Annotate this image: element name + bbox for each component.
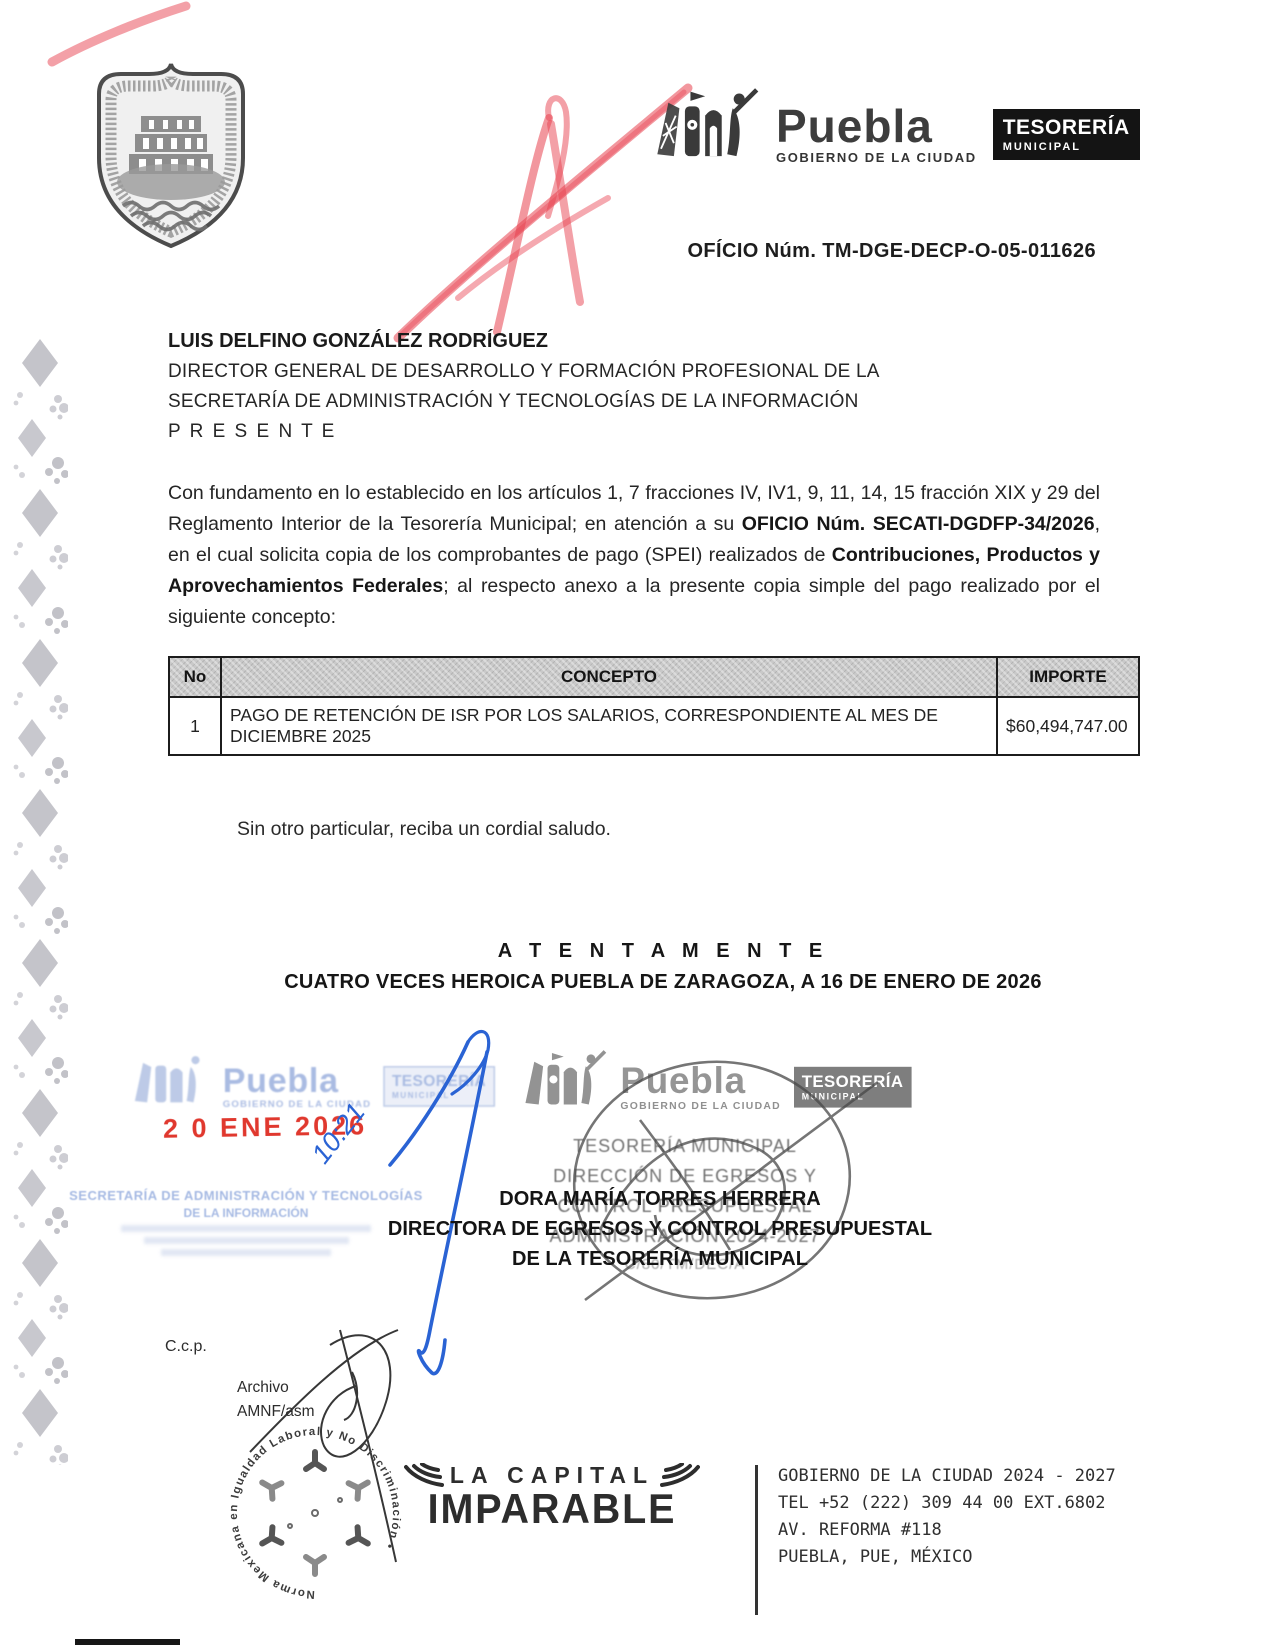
table-cell-importe: $60,494,747.00 [997, 697, 1139, 755]
brand-wordmark: Puebla [776, 104, 977, 148]
table-header-importe: IMPORTE [997, 657, 1139, 697]
signer-title-1: DIRECTORA DE EGRESOS Y CONTROL PRESUPUES… [380, 1218, 940, 1241]
la-capital-imparable-logo: LA CAPITAL IMPARABLE [392, 1462, 712, 1533]
recipient-title-1: DIRECTOR GENERAL DE DESARROLLO Y FORMACI… [168, 361, 968, 383]
atentamente-line: A T E N T A M E N T E [168, 940, 1158, 963]
recipient-title-2: SECRETARÍA DE ADMINISTRACIÓN Y TECNOLOGÍ… [168, 391, 968, 413]
tesoreria-badge: TESORERÍA MUNICIPAL [993, 109, 1140, 160]
capital-line2: IMPARABLE [402, 1485, 703, 1533]
norma-mexicana-seal: Norma Mexicana en Igualdad Laboral y No … [222, 1420, 408, 1606]
recipient-salutation: P R E S E N T E [168, 421, 968, 443]
signer-name: DORA MARÍA TORRES HERRERA [380, 1188, 940, 1211]
puebla-logo: Puebla GOBIERNO DE LA CIUDAD TESORERÍA M… [648, 88, 1140, 180]
payments-table: No CONCEPTO IMPORTE 1 PAGO DE RETENCIÓN … [168, 656, 1140, 756]
table-header-concepto: CONCEPTO [221, 657, 997, 697]
address-line-1: GOBIERNO DE LA CIUDAD 2024 - 2027 [778, 1463, 1116, 1490]
table-header-row: No CONCEPTO IMPORTE [169, 657, 1139, 697]
brand-tagline: GOBIERNO DE LA CIUDAD [776, 150, 977, 165]
ccp-lines: Archivo AMNF/asm [237, 1376, 315, 1424]
signer-title-2: DE LA TESORERÍA MUNICIPAL [380, 1248, 940, 1271]
ccp-line-archivo: Archivo [237, 1376, 315, 1400]
signer-block: DORA MARÍA TORRES HERRERA DIRECTORA DE E… [380, 1188, 940, 1278]
closing-sentence: Sin otro particular, reciba un cordial s… [237, 818, 611, 841]
badge-line2: MUNICIPAL [1003, 141, 1130, 153]
oficio-number: OFÍCIO Núm. TM-DGE-DECP-O-05-011626 [687, 240, 1096, 263]
scanned-oficio-document: Puebla GOBIERNO DE LA CIUDAD TESORERÍA M… [0, 0, 1268, 1645]
address-line-2: TEL +52 (222) 309 44 00 EXT.6802 [778, 1490, 1116, 1517]
atentamente-block: A T E N T A M E N T E CUATRO VECES HEROI… [168, 940, 1158, 994]
recipient-block: LUIS DELFINO GONZÁLEZ RODRÍGUEZ DIRECTOR… [168, 330, 968, 443]
address-line-4: PUEBLA, PUE, MÉXICO [778, 1544, 1116, 1571]
table-header-no: No [169, 657, 221, 697]
address-block: GOBIERNO DE LA CIUDAD 2024 - 2027 TEL +5… [778, 1463, 1116, 1571]
body-run-2-bold: OFICIO Núm. SECATI-DGDFP-34/2026 [742, 513, 1095, 535]
puebla-skyline-icon [648, 88, 766, 180]
table-cell-no: 1 [169, 697, 221, 755]
payments-table-wrap: No CONCEPTO IMPORTE 1 PAGO DE RETENCIÓN … [168, 656, 1140, 756]
table-cell-concepto: PAGO DE RETENCIÓN DE ISR POR LOS SALARIO… [221, 697, 997, 755]
address-line-3: AV. REFORMA #118 [778, 1517, 1116, 1544]
ccp-label: C.c.p. [165, 1338, 207, 1356]
badge-line1: TESORERÍA [1003, 116, 1130, 140]
table-row: 1 PAGO DE RETENCIÓN DE ISR POR LOS SALAR… [169, 697, 1139, 755]
atentamente-date-line: CUATRO VECES HEROICA PUEBLA DE ZARAGOZA,… [168, 971, 1158, 994]
recipient-name: LUIS DELFINO GONZÁLEZ RODRÍGUEZ [168, 330, 968, 353]
address-divider [755, 1465, 758, 1615]
scan-edge-artifact [75, 1639, 180, 1645]
body-paragraph: Con fundamento en lo establecido en los … [168, 478, 1100, 633]
